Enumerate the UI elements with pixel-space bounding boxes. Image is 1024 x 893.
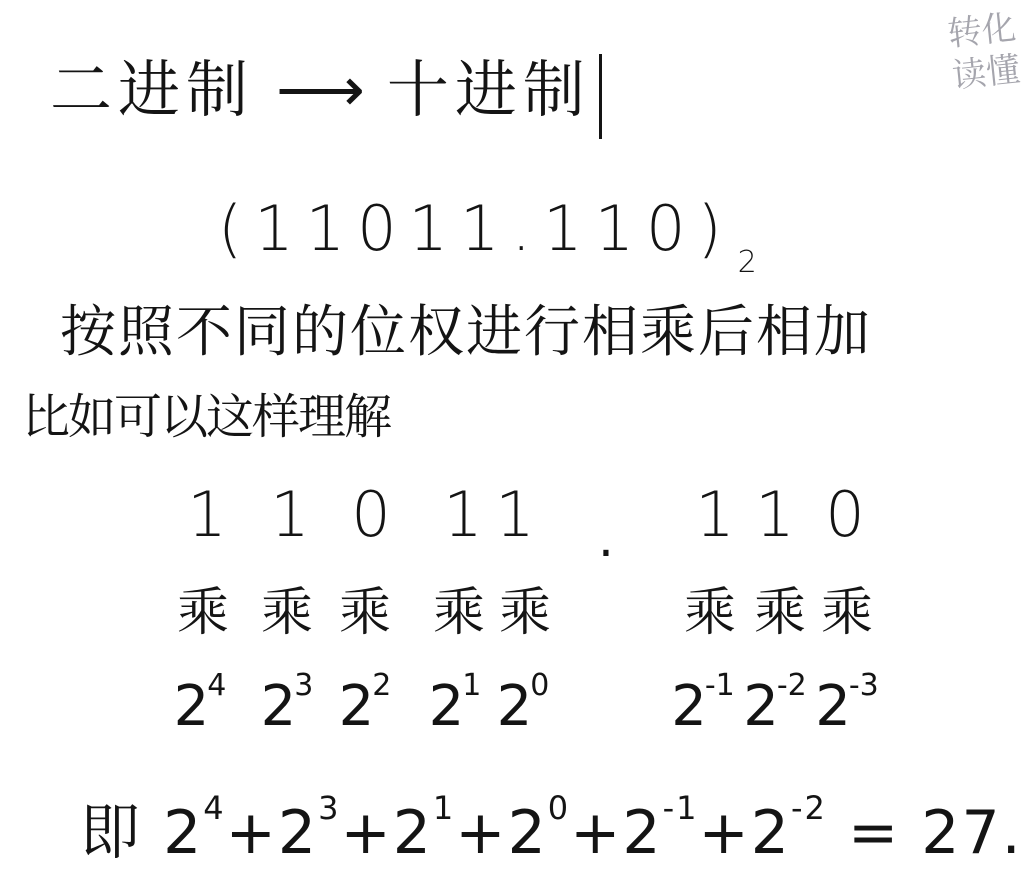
result-term: 2-2 xyxy=(751,798,827,868)
result-term: 2-1 xyxy=(622,798,698,868)
expansion-grid: 1 1 0 1 1 . 1 1 0 乘 乘 乘 乘 乘 乘 乘 乘 24 23 … xyxy=(0,478,1024,758)
power-term: 2-3 xyxy=(812,668,882,739)
digit: 1 xyxy=(255,478,325,551)
plus-sign: + xyxy=(226,798,278,868)
equals-sign: = xyxy=(848,798,900,868)
multiply-label: 乘 xyxy=(490,570,560,645)
result-equation: 即 24+23+21+20+2-1+2-2 = 27.22 xyxy=(80,785,1024,871)
digit: 0 xyxy=(336,478,406,551)
binary-base-subscript: 2 xyxy=(738,245,757,280)
radix-point: . xyxy=(598,510,614,568)
multiply-label: 乘 xyxy=(168,570,238,645)
result-term: 21 xyxy=(393,798,456,868)
heading-from: 二进制 xyxy=(50,53,254,126)
multiply-label: 乘 xyxy=(745,570,815,645)
power-term: 23 xyxy=(252,668,322,739)
plus-sign: + xyxy=(455,798,507,868)
result-term: 23 xyxy=(278,798,341,868)
power-term: 2-1 xyxy=(668,668,738,739)
digit: 1 xyxy=(740,478,810,551)
multiply-label: 乘 xyxy=(330,570,400,645)
rule-text: 按照不同的位权进行相乘后相加 xyxy=(60,288,872,368)
heading-to: 十进制 xyxy=(387,53,591,126)
power-term: 22 xyxy=(330,668,400,739)
power-term: 20 xyxy=(488,668,558,739)
corner-note-line2: 读懂 xyxy=(950,48,1022,97)
digit: 0 xyxy=(810,478,880,551)
result-term: 24 xyxy=(163,798,226,868)
digit: 1 xyxy=(480,478,550,551)
multiply-label: 乘 xyxy=(675,570,745,645)
explain-text: 比如可以这样理解 xyxy=(22,378,390,447)
result-term: 20 xyxy=(508,798,571,868)
result-prefix: 即 xyxy=(80,798,142,868)
multiply-label: 乘 xyxy=(424,570,494,645)
binary-number: (11011.110)2 xyxy=(218,192,757,280)
power-term: 21 xyxy=(420,668,490,739)
corner-note-line1: 转化 xyxy=(946,7,1018,56)
plus-sign: + xyxy=(570,798,622,868)
power-term: 24 xyxy=(165,668,235,739)
digit: 1 xyxy=(172,478,242,551)
binary-value: (11011.110) xyxy=(218,192,734,265)
plus-sign: + xyxy=(698,798,750,868)
plus-sign: + xyxy=(340,798,392,868)
heading: 二进制⟶十进制 xyxy=(50,40,602,139)
vertical-stroke xyxy=(599,54,602,139)
multiply-label: 乘 xyxy=(252,570,322,645)
power-term: 2-2 xyxy=(740,668,810,739)
arrow-right-icon: ⟶ xyxy=(276,53,365,126)
corner-note: 转化 读懂 xyxy=(946,7,1022,98)
result-value: 27.22 xyxy=(921,798,1024,868)
multiply-label: 乘 xyxy=(812,570,882,645)
